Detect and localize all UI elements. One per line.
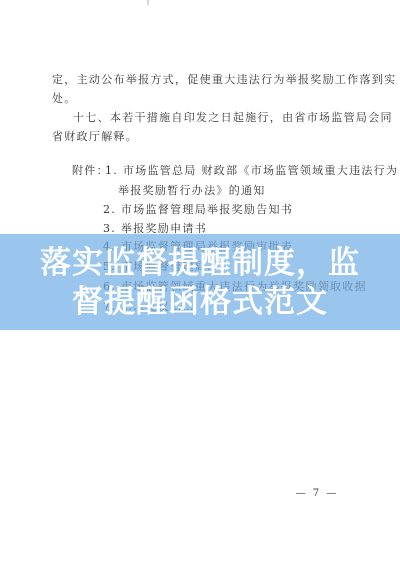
banner-title-line1: 落实监督提醒制度，监 (0, 245, 400, 281)
scan-mark (147, 0, 149, 5)
title-banner: 4. 市场监督管理局举报奖励审批表 5. 市场监督管理局…… 6. 市场监管领域… (0, 234, 400, 330)
paragraph-line: 定，主动公布举报方式，促使重大违法行为举报奖励工作落到实 (52, 73, 396, 87)
paragraph-line: 处。 (52, 92, 77, 106)
paragraph-line: 省财政厅解释。 (52, 130, 138, 144)
attachments-label: 附件： (72, 164, 109, 178)
attachment-item: 2. 市场监督管理局举报奖励告知书 (103, 203, 293, 217)
attachment-item-continued: 举报奖励暂行办法》的通知 (118, 184, 266, 198)
paragraph-line: 十七、本若干措施自印发之日起施行，由省市场监管局会同 (73, 111, 393, 125)
banner-title-line2: 督提醒函格式范文 (0, 284, 400, 320)
page-number: — 7 — (292, 488, 342, 499)
attachment-item: 1. 市场监管总局 财政部《市场监管领域重大违法行为 (105, 164, 398, 178)
